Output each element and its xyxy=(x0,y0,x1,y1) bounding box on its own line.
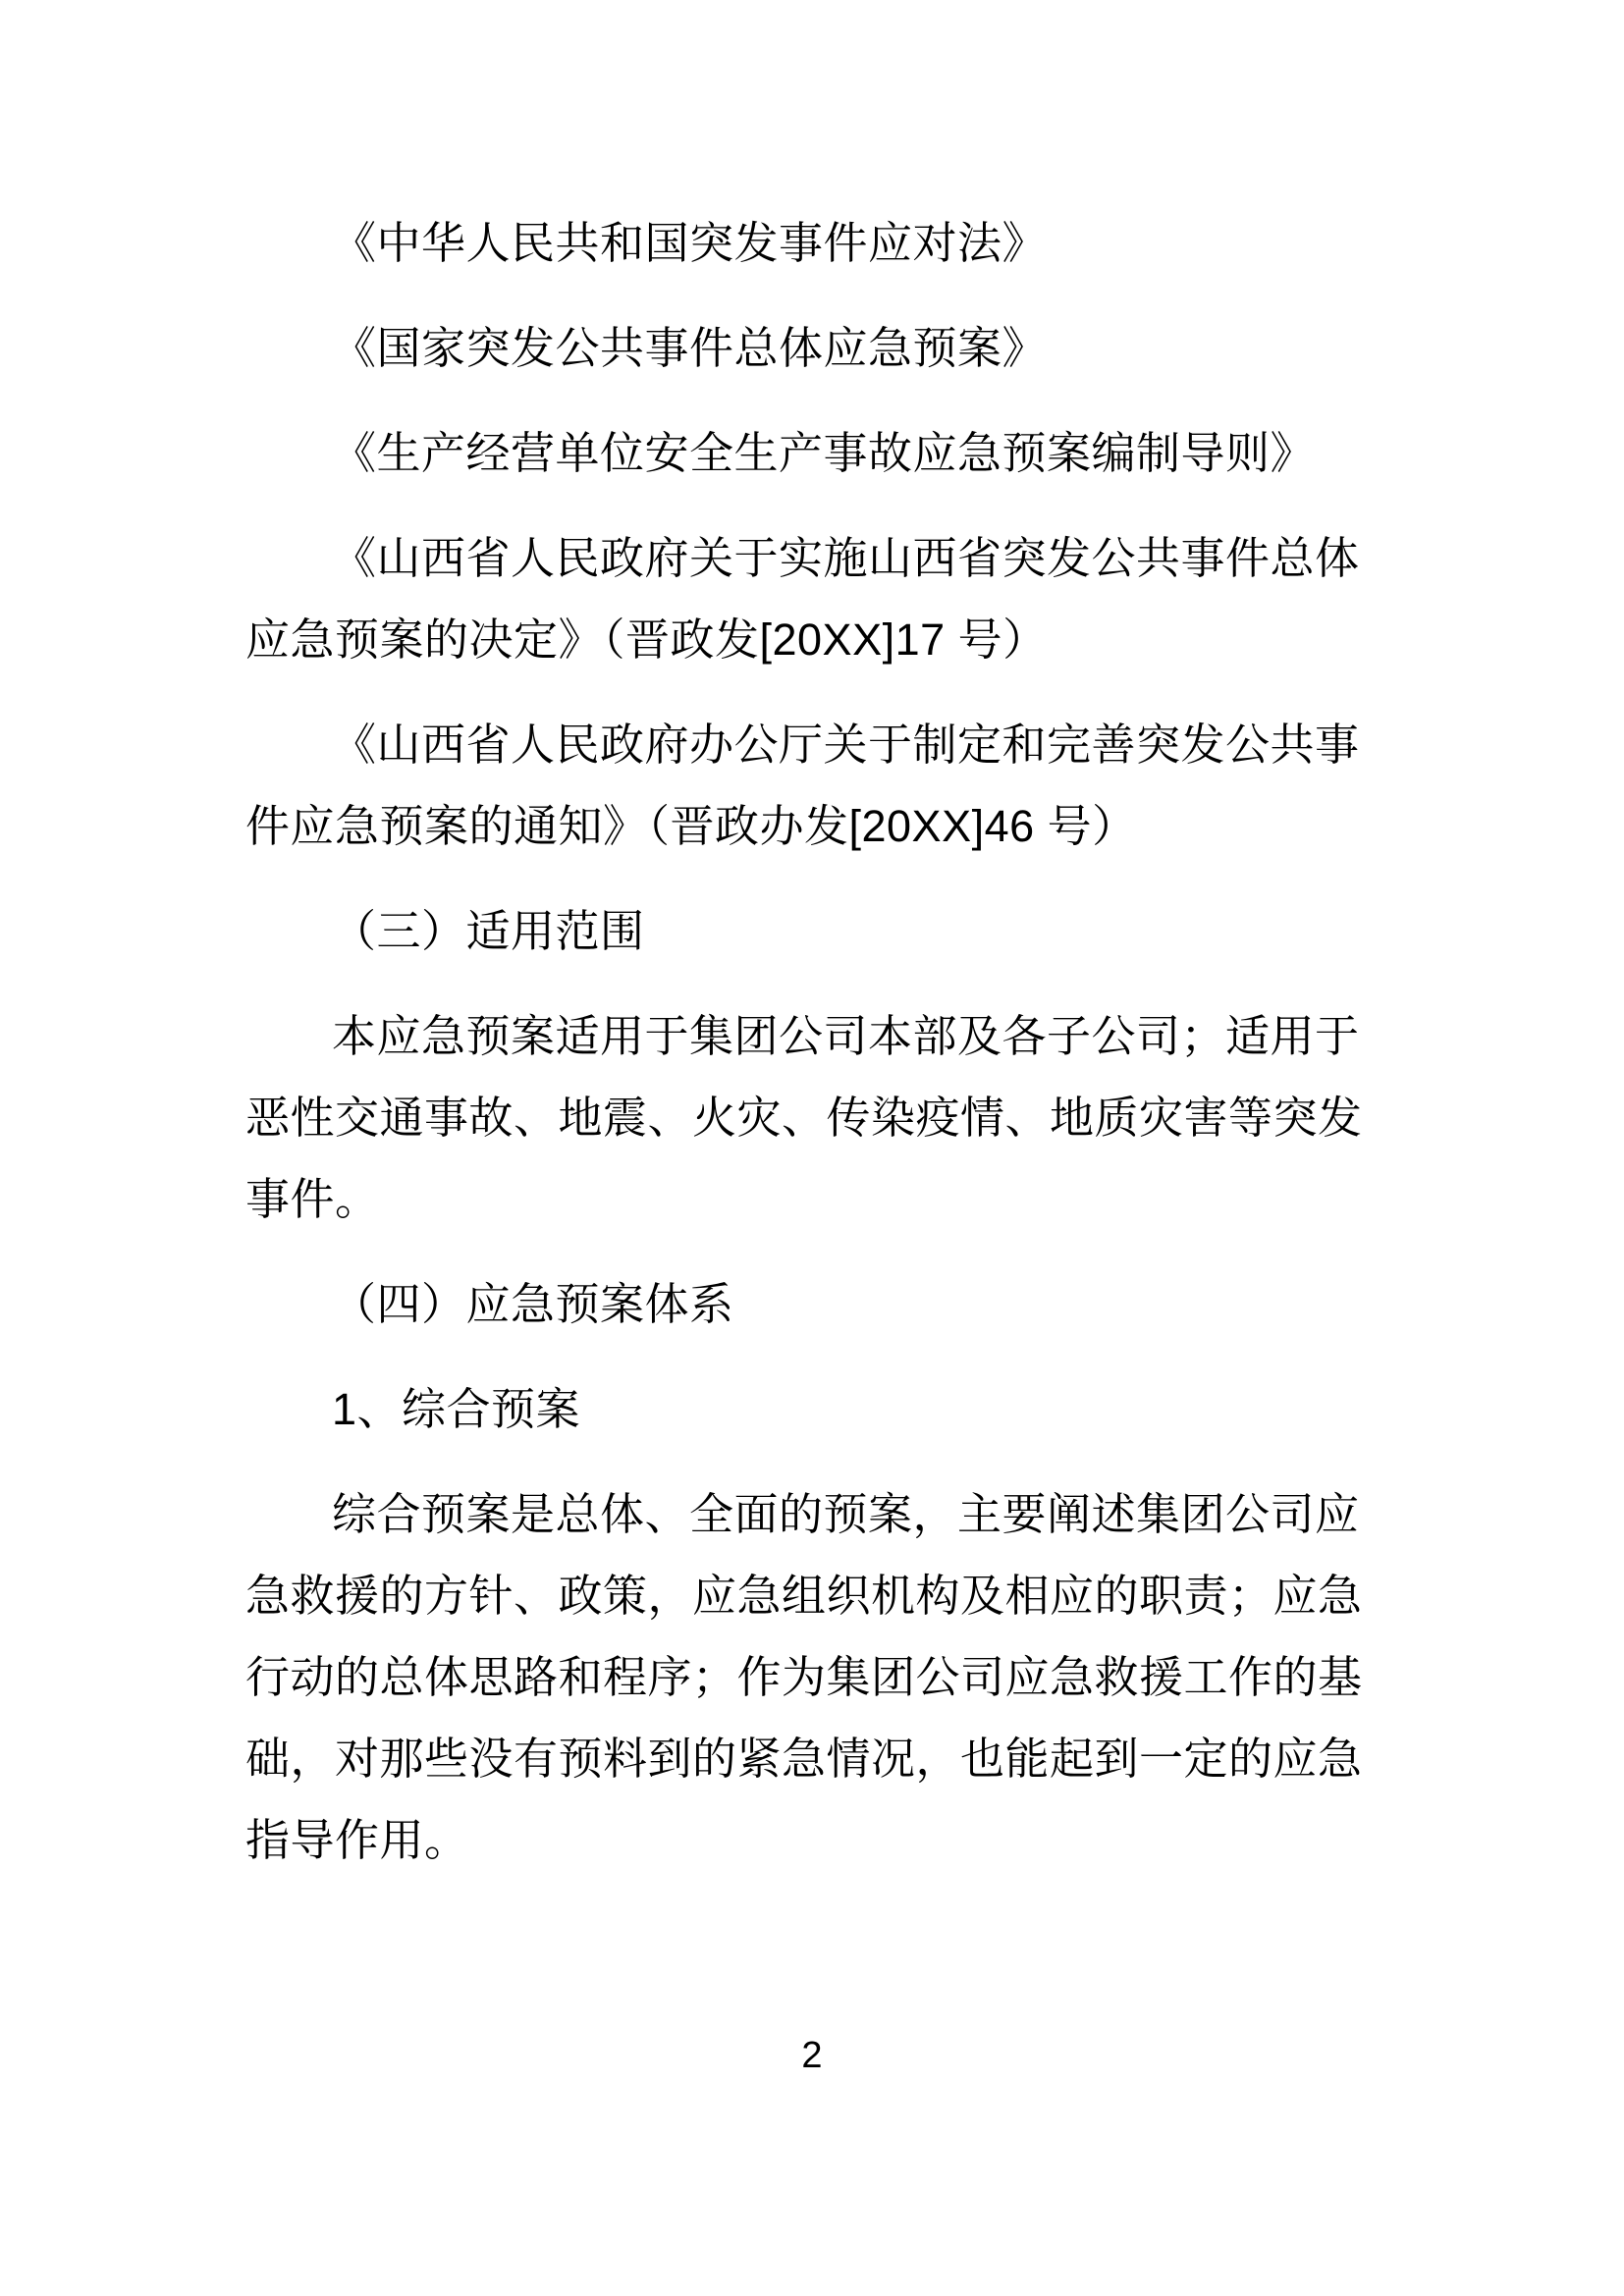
text-line: 础，对那些没有预料到的紧急情况，也能起到一定的应急 xyxy=(245,1718,1379,1799)
text-line: 事件。 xyxy=(245,1158,1379,1240)
page-number: 2 xyxy=(0,2034,1624,2077)
legal-reference-4: 《山西省人民政府关于实施山西省突发公共事件总体应急预案的决定》（晋政发[20XX… xyxy=(245,517,1379,680)
section-heading-4: （四）应急预案体系 xyxy=(245,1263,1379,1345)
text-line: （三）适用范围 xyxy=(245,890,1379,972)
text-line: 1、综合预案 xyxy=(245,1368,1379,1450)
text-line: 《中华人民共和国突发事件应对法》 xyxy=(245,202,1379,284)
document-page: 《中华人民共和国突发事件应对法》《国家突发公共事件总体应急预案》《生产经营单位安… xyxy=(0,0,1624,2296)
text-line: 《生产经营单位安全生产事故应急预案编制导则》 xyxy=(245,412,1379,494)
legal-reference-3: 《生产经营单位安全生产事故应急预案编制导则》 xyxy=(245,412,1379,494)
text-line: （四）应急预案体系 xyxy=(245,1263,1379,1345)
text-line: 应急预案的决定》（晋政发[20XX]17 号） xyxy=(245,599,1379,680)
text-line: 件应急预案的通知》（晋政办发[20XX]46 号） xyxy=(245,785,1379,867)
legal-reference-1: 《中华人民共和国突发事件应对法》 xyxy=(245,202,1379,284)
subsection-heading-1: 1、综合预案 xyxy=(245,1368,1379,1450)
page-body-text: 《中华人民共和国突发事件应对法》《国家突发公共事件总体应急预案》《生产经营单位安… xyxy=(245,202,1379,1904)
text-line: 急救援的方针、政策，应急组织机构及相应的职责；应急 xyxy=(245,1555,1379,1636)
text-line: 恶性交通事故、地震、火灾、传染疫情、地质灾害等突发 xyxy=(245,1077,1379,1158)
text-line: 《山西省人民政府办公厅关于制定和完善突发公共事 xyxy=(245,704,1379,785)
text-line: 行动的总体思路和程序；作为集团公司应急救援工作的基 xyxy=(245,1636,1379,1718)
legal-reference-5: 《山西省人民政府办公厅关于制定和完善突发公共事件应急预案的通知》（晋政办发[20… xyxy=(245,704,1379,867)
text-line: 《国家突发公共事件总体应急预案》 xyxy=(245,307,1379,389)
text-line: 本应急预案适用于集团公司本部及各子公司；适用于 xyxy=(245,995,1379,1077)
legal-reference-2: 《国家突发公共事件总体应急预案》 xyxy=(245,307,1379,389)
text-line: 《山西省人民政府关于实施山西省突发公共事件总体 xyxy=(245,517,1379,599)
comprehensive-plan-paragraph: 综合预案是总体、全面的预案，主要阐述集团公司应急救援的方针、政策，应急组织机构及… xyxy=(245,1473,1379,1881)
section-heading-3: （三）适用范围 xyxy=(245,890,1379,972)
text-line: 综合预案是总体、全面的预案，主要阐述集团公司应 xyxy=(245,1473,1379,1555)
text-line: 指导作用。 xyxy=(245,1799,1379,1881)
scope-paragraph: 本应急预案适用于集团公司本部及各子公司；适用于恶性交通事故、地震、火灾、传染疫情… xyxy=(245,995,1379,1240)
